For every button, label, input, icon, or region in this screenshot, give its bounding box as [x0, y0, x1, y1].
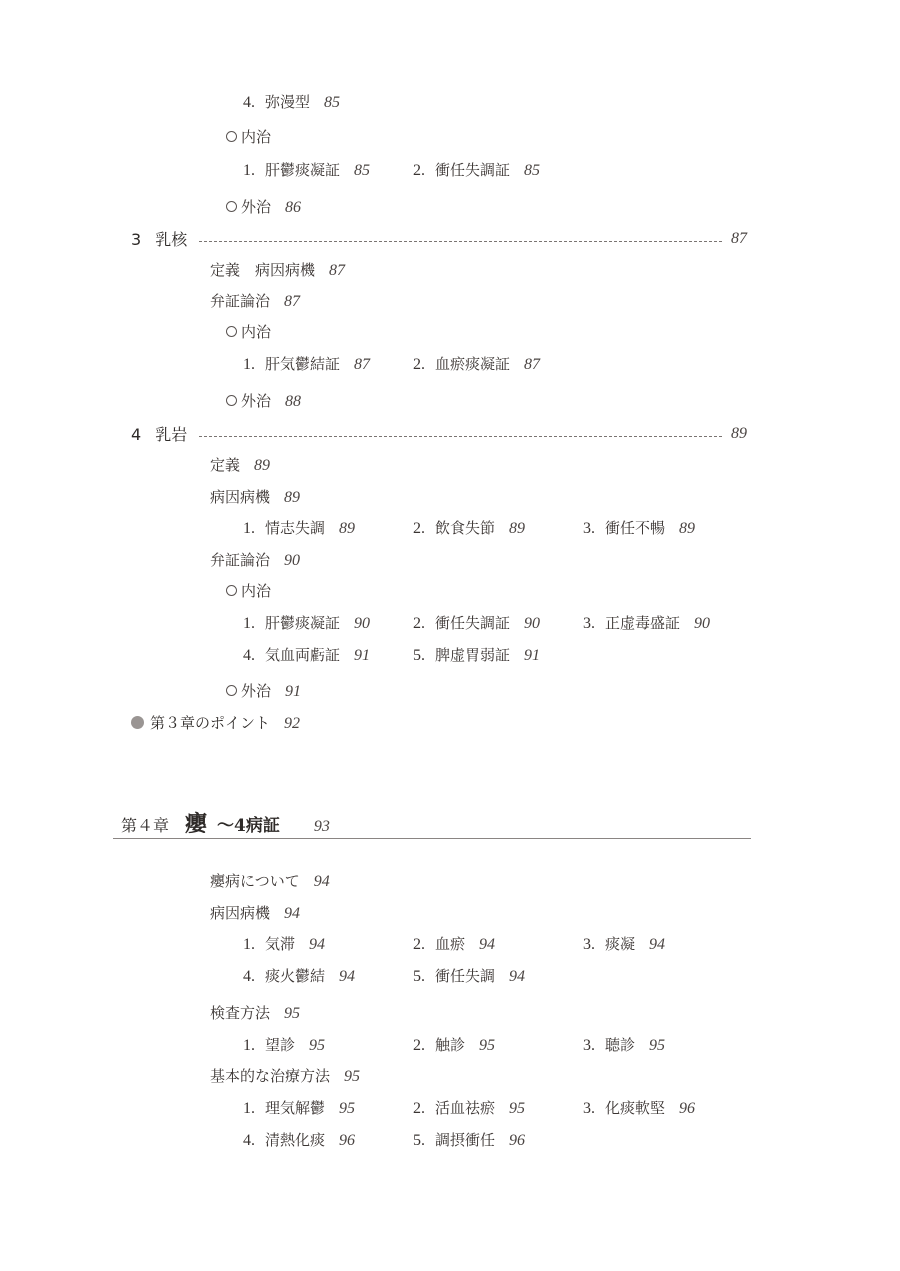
- page-number: 95: [649, 1037, 665, 1054]
- page-number: 89: [509, 520, 525, 537]
- item-label: 脾虚胃弱証: [435, 646, 510, 664]
- section-page-number: 87: [731, 230, 747, 248]
- chapter-divider: [113, 838, 751, 839]
- toc-entry[interactable]: 定義 病因病機87: [210, 260, 345, 281]
- toc-entry[interactable]: 3.化痰軟堅96: [583, 1098, 695, 1119]
- item-number: 5.: [413, 1132, 425, 1149]
- chapter-page-number: 93: [314, 818, 330, 835]
- page-number: 91: [524, 647, 540, 664]
- item-label: 理気解鬱: [265, 1099, 325, 1117]
- chapter-title: 癭: [185, 811, 207, 837]
- toc-entry[interactable]: 1.肝鬱痰凝証90: [243, 613, 370, 634]
- toc-entry[interactable]: 2.触診95: [413, 1035, 495, 1056]
- chapter-heading-4[interactable]: 第４章癭～4病証93: [121, 810, 330, 841]
- page-number: 92: [284, 715, 300, 732]
- toc-entry[interactable]: 5.脾虚胃弱証91: [413, 645, 540, 666]
- dotted-leader: [199, 241, 722, 242]
- item-number: 3.: [583, 520, 595, 537]
- item-number: 2.: [413, 1100, 425, 1117]
- item-number: 2.: [413, 162, 425, 179]
- toc-entry[interactable]: 3.衝任不暢89: [583, 518, 695, 539]
- page-number: 95: [339, 1100, 355, 1117]
- item-number: 2.: [413, 615, 425, 632]
- section-title: 乳岩: [155, 425, 187, 444]
- page-number: 95: [509, 1100, 525, 1117]
- toc-entry[interactable]: 3.正虚毒盛証90: [583, 613, 710, 634]
- item-label: 血瘀痰凝証: [435, 355, 510, 373]
- open-circle-icon: [226, 201, 237, 212]
- section-number: 3: [131, 230, 141, 249]
- item-number: 5.: [413, 647, 425, 664]
- item-number: 3.: [583, 1100, 595, 1117]
- toc-entry[interactable]: 3.聴診95: [583, 1035, 665, 1056]
- item-label: 血瘀: [435, 935, 465, 953]
- entry-label: 定義 病因病機: [210, 261, 315, 279]
- page-number: 85: [324, 94, 340, 111]
- toc-entry[interactable]: 2.衝任失調証85: [413, 160, 540, 181]
- entry-label: 病因病機: [210, 904, 270, 922]
- subheading-label: 外治: [241, 682, 271, 700]
- subheading-label: 内治: [241, 582, 271, 600]
- chapter-point-entry[interactable]: 第３章のポイント92: [131, 713, 300, 734]
- page-number: 90: [694, 615, 710, 632]
- item-number: 4.: [243, 1132, 255, 1149]
- item-number: 1.: [243, 936, 255, 953]
- item-label: 衝任失調証: [435, 161, 510, 179]
- page-number: 91: [354, 647, 370, 664]
- item-label: 衝任失調: [435, 967, 495, 985]
- subheading-label: 外治: [241, 392, 271, 410]
- dotted-leader: [199, 436, 722, 437]
- toc-entry[interactable]: 定義89: [210, 455, 270, 476]
- item-label: 触診: [435, 1036, 465, 1054]
- item-number: 1.: [243, 356, 255, 373]
- item-number: 2.: [413, 520, 425, 537]
- open-circle-icon: [226, 685, 237, 696]
- open-circle-icon: [226, 585, 237, 596]
- toc-entry[interactable]: 2.活血祛瘀95: [413, 1098, 525, 1119]
- toc-subheading-naiji[interactable]: 内治: [226, 322, 271, 342]
- section-heading-4[interactable]: 4乳岩: [131, 425, 187, 445]
- chapter-subtitle: ～4病証: [217, 816, 280, 836]
- item-number: 1.: [243, 1037, 255, 1054]
- page-number: 89: [679, 520, 695, 537]
- toc-entry[interactable]: 1.肝気鬱結証87: [243, 354, 370, 375]
- page-number: 87: [284, 293, 300, 310]
- page-number: 90: [354, 615, 370, 632]
- entry-label: 弁証論治: [210, 551, 270, 569]
- item-number: 2.: [413, 356, 425, 373]
- open-circle-icon: [226, 395, 237, 406]
- toc-entry[interactable]: 3.痰凝94: [583, 934, 665, 955]
- item-number: 1.: [243, 162, 255, 179]
- toc-subheading-gaiji[interactable]: 外治88: [226, 391, 301, 412]
- item-number: 4.: [243, 94, 255, 111]
- page-number: 96: [339, 1132, 355, 1149]
- subheading-label: 外治: [241, 198, 271, 216]
- item-number: 4.: [243, 968, 255, 985]
- page-number: 96: [679, 1100, 695, 1117]
- toc-entry[interactable]: 4.痰火鬱結94: [243, 966, 355, 987]
- toc-entry[interactable]: 基本的な治療方法95: [210, 1066, 360, 1087]
- toc-entry[interactable]: 5.調摂衝任96: [413, 1130, 525, 1151]
- item-number: 1.: [243, 615, 255, 632]
- item-label: 聴診: [605, 1036, 635, 1054]
- page-number: 95: [309, 1037, 325, 1054]
- entry-label: 基本的な治療方法: [210, 1067, 330, 1085]
- page-number: 90: [524, 615, 540, 632]
- toc-entry[interactable]: 1.情志失調89: [243, 518, 355, 539]
- item-number: 4.: [243, 647, 255, 664]
- subheading-label: 内治: [241, 323, 271, 341]
- item-label: 調摂衝任: [435, 1131, 495, 1149]
- page-number: 86: [285, 199, 301, 216]
- toc-entry[interactable]: 弁証論治87: [210, 291, 300, 312]
- toc-entry[interactable]: 2.飲食失節89: [413, 518, 525, 539]
- toc-entry[interactable]: 検査方法95: [210, 1003, 300, 1024]
- item-number: 3.: [583, 936, 595, 953]
- section-number: 4: [131, 425, 141, 444]
- page-number: 85: [524, 162, 540, 179]
- page-number: 91: [285, 683, 301, 700]
- item-label: 望診: [265, 1036, 295, 1054]
- toc-entry[interactable]: 2.血瘀痰凝証87: [413, 354, 540, 375]
- item-label: 肝気鬱結証: [265, 355, 340, 373]
- page-number: 96: [509, 1132, 525, 1149]
- page-number: 94: [314, 873, 330, 890]
- toc-entry[interactable]: 4.気血両虧証91: [243, 645, 370, 666]
- toc-entry[interactable]: 癭病について94: [210, 871, 330, 892]
- entry-label: 弁証論治: [210, 292, 270, 310]
- toc-entry[interactable]: 2.衝任失調証90: [413, 613, 540, 634]
- toc-subheading-gaiji[interactable]: 外治86: [226, 197, 301, 218]
- section-title: 乳核: [155, 230, 187, 249]
- entry-label: 癭病について: [210, 872, 300, 890]
- item-label: 活血祛瘀: [435, 1099, 495, 1117]
- toc-entry[interactable]: 1.気滞94: [243, 934, 325, 955]
- page-number: 85: [354, 162, 370, 179]
- page-number: 95: [284, 1005, 300, 1022]
- filled-circle-icon: [131, 716, 144, 729]
- page-number: 89: [254, 457, 270, 474]
- item-number: 3.: [583, 615, 595, 632]
- page-number: 94: [509, 968, 525, 985]
- toc-entry[interactable]: 弁証論治90: [210, 550, 300, 571]
- entry-label: 検査方法: [210, 1004, 270, 1022]
- page-number: 95: [479, 1037, 495, 1054]
- toc-entry[interactable]: 5.衝任失調94: [413, 966, 525, 987]
- toc-entry[interactable]: 病因病機94: [210, 903, 300, 924]
- item-label: 衝任不暢: [605, 519, 665, 537]
- toc-entry[interactable]: 4.清熱化痰96: [243, 1130, 355, 1151]
- item-label: 気血両虧証: [265, 646, 340, 664]
- page-number: 90: [284, 552, 300, 569]
- item-number: 3.: [583, 1037, 595, 1054]
- open-circle-icon: [226, 131, 237, 142]
- item-label: 清熱化痰: [265, 1131, 325, 1149]
- page-number: 94: [479, 936, 495, 953]
- entry-label: 定義: [210, 456, 240, 474]
- toc-entry[interactable]: 2.血瘀94: [413, 934, 495, 955]
- page-number: 94: [649, 936, 665, 953]
- item-label: 正虚毒盛証: [605, 614, 680, 632]
- item-label: 肝鬱痰凝証: [265, 614, 340, 632]
- page-number: 88: [285, 393, 301, 410]
- item-number: 1.: [243, 520, 255, 537]
- item-number: 1.: [243, 1100, 255, 1117]
- page-number: 87: [524, 356, 540, 373]
- toc-subheading-gaiji[interactable]: 外治91: [226, 681, 301, 702]
- item-label: 気滞: [265, 935, 295, 953]
- open-circle-icon: [226, 326, 237, 337]
- page-number: 87: [329, 262, 345, 279]
- page-number: 94: [339, 968, 355, 985]
- section-heading-3[interactable]: 3乳核: [131, 230, 187, 250]
- section-page-number: 89: [731, 425, 747, 443]
- toc-entry[interactable]: 1.肝鬱痰凝証85: [243, 160, 370, 181]
- toc-subheading-naiji[interactable]: 内治: [226, 581, 271, 601]
- toc-entry[interactable]: 病因病機89: [210, 487, 300, 508]
- page-number: 94: [309, 936, 325, 953]
- item-label: 化痰軟堅: [605, 1099, 665, 1117]
- page-number: 87: [354, 356, 370, 373]
- subheading-label: 内治: [241, 128, 271, 146]
- page-number: 94: [284, 905, 300, 922]
- item-label: 肝鬱痰凝証: [265, 161, 340, 179]
- page-number: 89: [339, 520, 355, 537]
- item-label: 衝任失調証: [435, 614, 510, 632]
- item-number: 2.: [413, 936, 425, 953]
- item-number: 2.: [413, 1037, 425, 1054]
- chapter-label: 第４章: [121, 816, 169, 835]
- toc-entry[interactable]: 4.弥漫型85: [243, 92, 340, 113]
- item-label: 弥漫型: [265, 93, 310, 111]
- page-number: 95: [344, 1068, 360, 1085]
- toc-entry[interactable]: 1.望診95: [243, 1035, 325, 1056]
- toc-entry[interactable]: 1.理気解鬱95: [243, 1098, 355, 1119]
- point-label: 第３章のポイント: [150, 714, 270, 732]
- item-label: 飲食失節: [435, 519, 495, 537]
- item-label: 痰火鬱結: [265, 967, 325, 985]
- item-label: 痰凝: [605, 935, 635, 953]
- item-number: 5.: [413, 968, 425, 985]
- entry-label: 病因病機: [210, 488, 270, 506]
- item-label: 情志失調: [265, 519, 325, 537]
- toc-subheading-naiji[interactable]: 内治: [226, 127, 271, 147]
- page-number: 89: [284, 489, 300, 506]
